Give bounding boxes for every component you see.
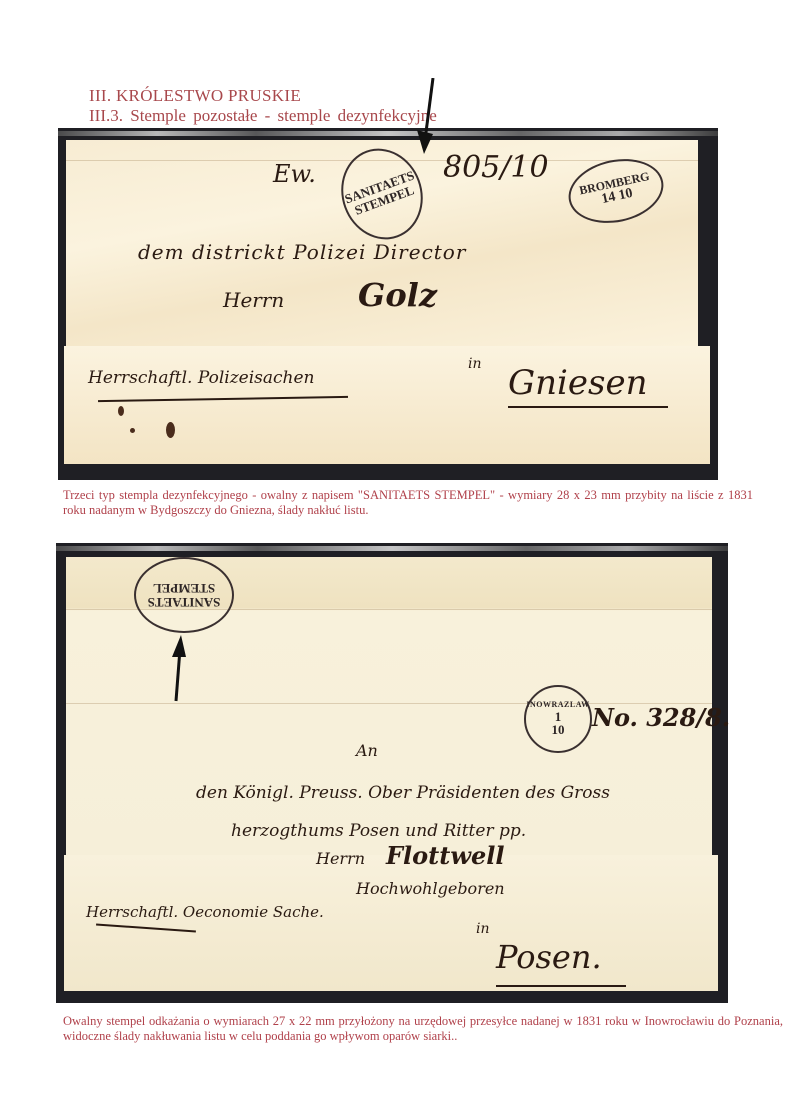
letter-2-lower-panel	[64, 855, 718, 991]
arrow-icon	[413, 78, 443, 158]
arrow-icon	[166, 635, 190, 703]
destination-underline	[508, 406, 668, 408]
ink-spot	[118, 406, 124, 416]
destination: Gniesen	[508, 363, 648, 403]
opening-word: An	[356, 741, 378, 760]
salutation: Ew.	[273, 160, 316, 188]
postmark-day: 1	[555, 710, 562, 724]
postmark-month: 10	[552, 723, 565, 737]
recipient-name: Flottwell	[386, 841, 505, 870]
address-line-1: dem districkt Polizei Director	[138, 240, 466, 264]
sender-note: Herrschaftl. Polizeisachen	[88, 368, 315, 388]
address-line-2: Herrn	[223, 288, 284, 312]
mount-sheen	[56, 546, 728, 551]
address-line-1: den Königl. Preuss. Ober Präsidenten des…	[196, 783, 610, 803]
exhibit-2-letter: SANITAETS STEMPEL INOWRAZLAW 1 10 No. 32…	[56, 543, 728, 1003]
sanitaets-stempel-stamp-inverted: SANITAETS STEMPEL	[134, 557, 234, 633]
preposition: in	[476, 921, 490, 937]
ink-spot	[130, 428, 135, 433]
destination: Posen.	[496, 938, 602, 976]
exhibit-1-caption: Trzeci typ stempla dezynfekcyjnego - owa…	[63, 488, 753, 518]
stamp-text-line2: STEMPEL	[153, 581, 215, 595]
preposition: in	[468, 356, 482, 372]
ink-spot	[166, 422, 175, 438]
recipient-name: Golz	[358, 276, 437, 314]
mount-sheen	[58, 131, 718, 136]
section-title: III. KRÓLESTWO PRUSKIE	[89, 86, 301, 106]
title-line: Hochwohlgeboren	[356, 879, 505, 898]
sender-note: Herrschaftl. Oeconomie Sache.	[86, 903, 324, 921]
stamp-text-line1: SANITAETS	[148, 595, 221, 609]
inowrazlaw-postmark: INOWRAZLAW 1 10	[524, 685, 592, 753]
address-line-2: herzogthums Posen und Ritter pp.	[231, 821, 526, 841]
subsection-title: III.3. Stemple pozostałe - stemple dezyn…	[89, 106, 437, 126]
registry-number: No. 328/8.	[592, 703, 730, 732]
rate-mark: 805/10	[443, 150, 549, 185]
exhibit-2-caption: Owalny stempel odkażania o wymiarach 27 …	[63, 1014, 783, 1044]
destination-underline	[496, 985, 626, 987]
address-line-3: Herrn	[316, 849, 365, 868]
exhibit-1-letter: SANITAETS STEMPEL 805/10 BROMBERG 14 10 …	[58, 128, 718, 480]
